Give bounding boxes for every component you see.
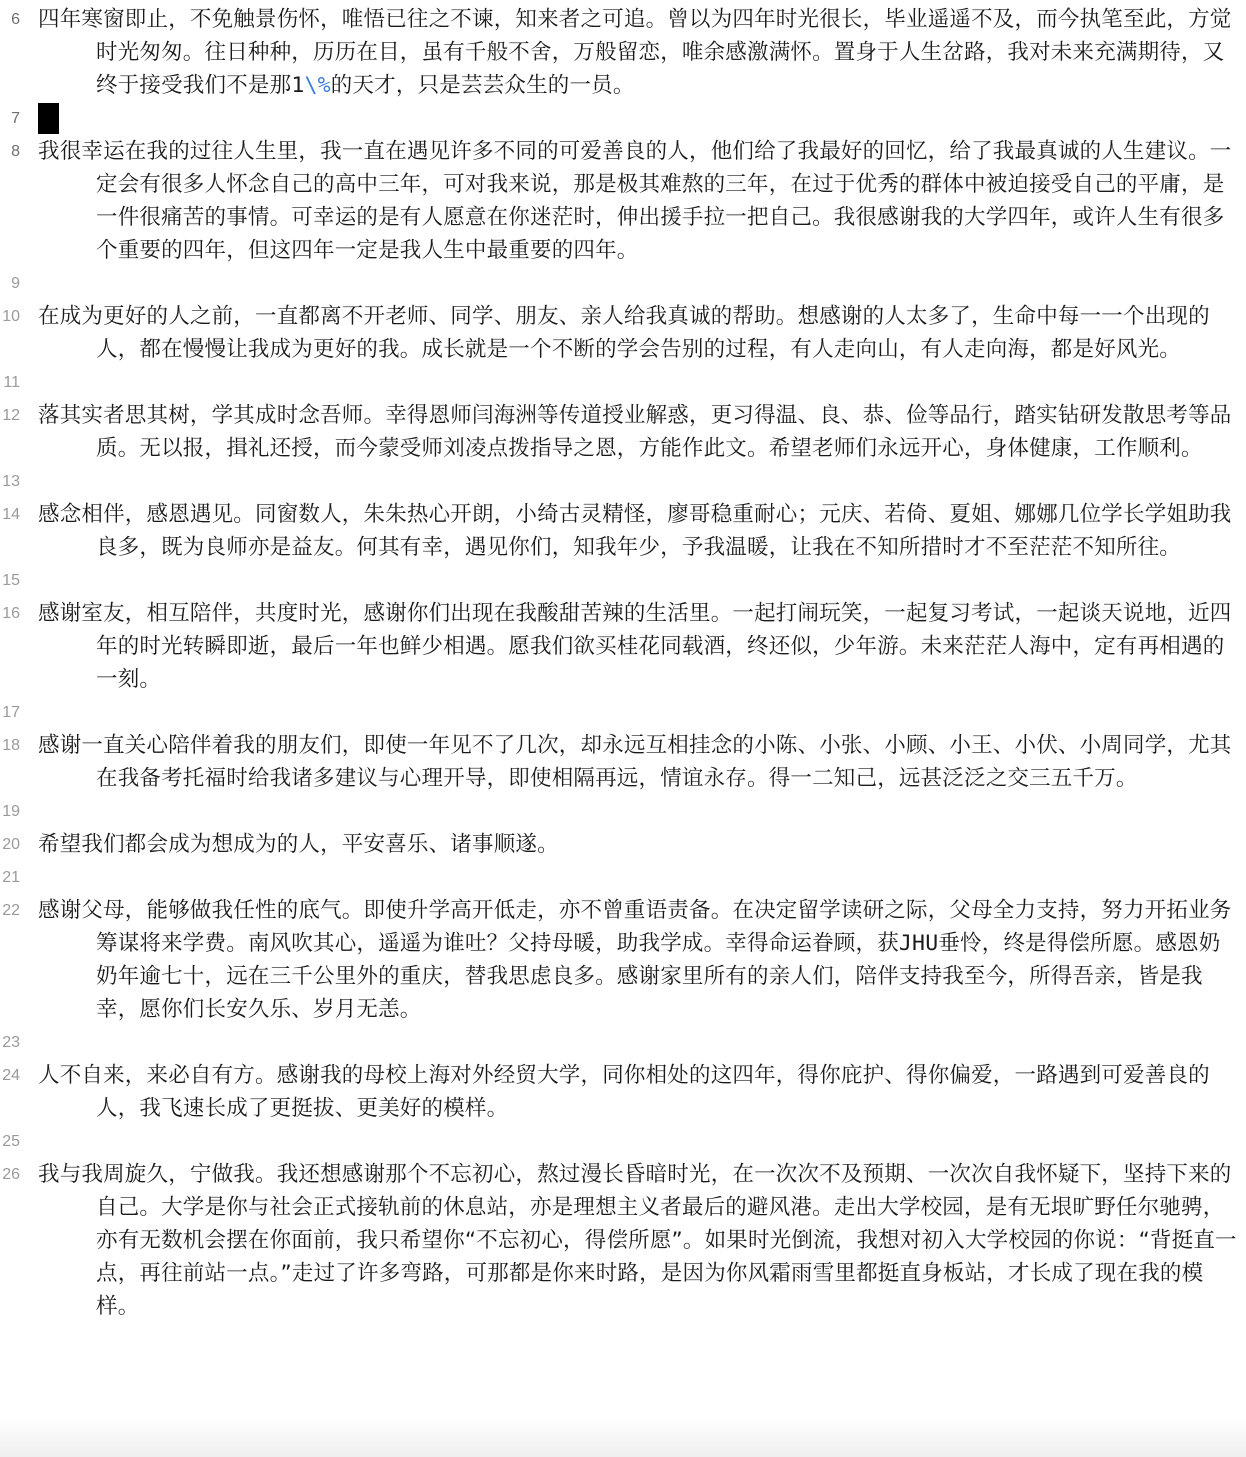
editor-line-16[interactable]: 16 感谢室友，相互陪伴，共度时光，感谢你们出现在我酸甜苦辣的生活里。一起打闹玩…: [0, 597, 1246, 696]
line-text[interactable]: [38, 1125, 1246, 1158]
editor-line-22[interactable]: 22 感谢父母，能够做我任性的底气。即使升学高开低走，亦不曾重语责备。在决定留学…: [0, 894, 1246, 1026]
line-number: 13: [0, 465, 20, 498]
line-text[interactable]: 我很幸运在我的过往人生里，我一直在遇见许多不同的可爱善良的人，他们给了我最好的回…: [38, 135, 1246, 267]
editor-line-13[interactable]: 13: [0, 465, 1246, 498]
line-number: 14: [0, 498, 20, 531]
line-number: 15: [0, 564, 20, 597]
editor-line-7[interactable]: 7: [0, 102, 1246, 135]
latex-percent-escape: \%: [304, 73, 330, 98]
line-text[interactable]: [38, 1026, 1246, 1059]
line-number: 19: [0, 795, 20, 828]
line-number: 12: [0, 399, 20, 432]
editor-line-9[interactable]: 9: [0, 267, 1246, 300]
line-number: 17: [0, 696, 20, 729]
line-number: 23: [0, 1026, 20, 1059]
bottom-fade-overlay: [0, 1417, 1246, 1457]
line-text[interactable]: [38, 795, 1246, 828]
line-number: 16: [0, 597, 20, 630]
line-text[interactable]: [38, 267, 1246, 300]
line-text[interactable]: [38, 564, 1246, 597]
editor-lines[interactable]: 6 四年寒窗即止，不免触景伤怀，唯悟已往之不谏，知来者之可追。曾以为四年时光很长…: [0, 3, 1246, 1323]
text-editor[interactable]: 6 四年寒窗即止，不免触景伤怀，唯悟已往之不谏，知来者之可追。曾以为四年时光很长…: [0, 0, 1246, 1457]
line-number: 8: [0, 135, 20, 168]
editor-line-19[interactable]: 19: [0, 795, 1246, 828]
editor-line-6[interactable]: 6 四年寒窗即止，不免触景伤怀，唯悟已往之不谏，知来者之可追。曾以为四年时光很长…: [0, 3, 1246, 102]
abbreviation-text: JHU: [899, 931, 938, 956]
editor-line-14[interactable]: 14 感念相伴，感恩遇见。同窗数人，朱朱热心开朗，小绮古灵精怪，廖哥稳重耐心；元…: [0, 498, 1246, 564]
line-number: 18: [0, 729, 20, 762]
editor-line-15[interactable]: 15: [0, 564, 1246, 597]
line-text[interactable]: 希望我们都会成为想成为的人，平安喜乐、诸事顺遂。: [38, 828, 1246, 861]
editor-line-20[interactable]: 20 希望我们都会成为想成为的人，平安喜乐、诸事顺遂。: [0, 828, 1246, 861]
line-text[interactable]: 在成为更好的人之前，一直都离不开老师、同学、朋友、亲人给我真诚的帮助。想感谢的人…: [38, 300, 1246, 366]
line-text[interactable]: 感谢室友，相互陪伴，共度时光，感谢你们出现在我酸甜苦辣的生活里。一起打闹玩笑，一…: [38, 597, 1246, 696]
paragraph-text: 四年寒窗即止，不免触景伤怀，唯悟已往之不谏，知来者之可追。曾以为四年时光很长，毕…: [38, 7, 1232, 98]
line-text[interactable]: 感念相伴，感恩遇见。同窗数人，朱朱热心开朗，小绮古灵精怪，廖哥稳重耐心；元庆、若…: [38, 498, 1246, 564]
line-text[interactable]: [38, 696, 1246, 729]
line-text[interactable]: [38, 366, 1246, 399]
line-text[interactable]: 四年寒窗即止，不免触景伤怀，唯悟已往之不谏，知来者之可追。曾以为四年时光很长，毕…: [38, 3, 1246, 102]
text-cursor: [38, 103, 59, 134]
editor-line-17[interactable]: 17: [0, 696, 1246, 729]
line-number: 10: [0, 300, 20, 333]
editor-line-26[interactable]: 26 我与我周旋久，宁做我。我还想感谢那个不忘初心，熬过漫长昏暗时光，在一次次不…: [0, 1158, 1246, 1323]
editor-line-8[interactable]: 8 我很幸运在我的过往人生里，我一直在遇见许多不同的可爱善良的人，他们给了我最好…: [0, 135, 1246, 267]
editor-line-11[interactable]: 11: [0, 366, 1246, 399]
editor-line-10[interactable]: 10 在成为更好的人之前，一直都离不开老师、同学、朋友、亲人给我真诚的帮助。想感…: [0, 300, 1246, 366]
paragraph-text: 的天才，只是芸芸众生的一员。: [331, 73, 635, 98]
line-number: 25: [0, 1125, 20, 1158]
line-number: 7: [0, 102, 20, 135]
line-number: 22: [0, 894, 20, 927]
line-number: 9: [0, 267, 20, 300]
line-text[interactable]: 落其实者思其树，学其成时念吾师。幸得恩师闫海洲等传道授业解惑，更习得温、良、恭、…: [38, 399, 1246, 465]
line-text[interactable]: [38, 861, 1246, 894]
editor-line-18[interactable]: 18 感谢一直关心陪伴着我的朋友们，即使一年见不了几次，却永远互相挂念的小陈、小…: [0, 729, 1246, 795]
line-text[interactable]: [38, 102, 1246, 135]
line-number: 21: [0, 861, 20, 894]
line-text[interactable]: 我与我周旋久，宁做我。我还想感谢那个不忘初心，熬过漫长昏暗时光，在一次次不及预期…: [38, 1158, 1246, 1323]
editor-line-25[interactable]: 25: [0, 1125, 1246, 1158]
editor-line-21[interactable]: 21: [0, 861, 1246, 894]
number-text: 1: [291, 73, 304, 98]
line-text[interactable]: 感谢父母，能够做我任性的底气。即使升学高开低走，亦不曾重语责备。在决定留学读研之…: [38, 894, 1246, 1026]
line-number: 26: [0, 1158, 20, 1191]
line-number: 24: [0, 1059, 20, 1092]
line-number: 6: [0, 3, 20, 36]
editor-line-24[interactable]: 24 人不自来，来必自有方。感谢我的母校上海对外经贸大学，同你相处的这四年，得你…: [0, 1059, 1246, 1125]
line-text[interactable]: 感谢一直关心陪伴着我的朋友们，即使一年见不了几次，却永远互相挂念的小陈、小张、小…: [38, 729, 1246, 795]
line-number: 20: [0, 828, 20, 861]
line-number: 11: [0, 366, 20, 399]
line-text[interactable]: [38, 465, 1246, 498]
editor-line-12[interactable]: 12 落其实者思其树，学其成时念吾师。幸得恩师闫海洲等传道授业解惑，更习得温、良…: [0, 399, 1246, 465]
editor-line-23[interactable]: 23: [0, 1026, 1246, 1059]
line-text[interactable]: 人不自来，来必自有方。感谢我的母校上海对外经贸大学，同你相处的这四年，得你庇护、…: [38, 1059, 1246, 1125]
